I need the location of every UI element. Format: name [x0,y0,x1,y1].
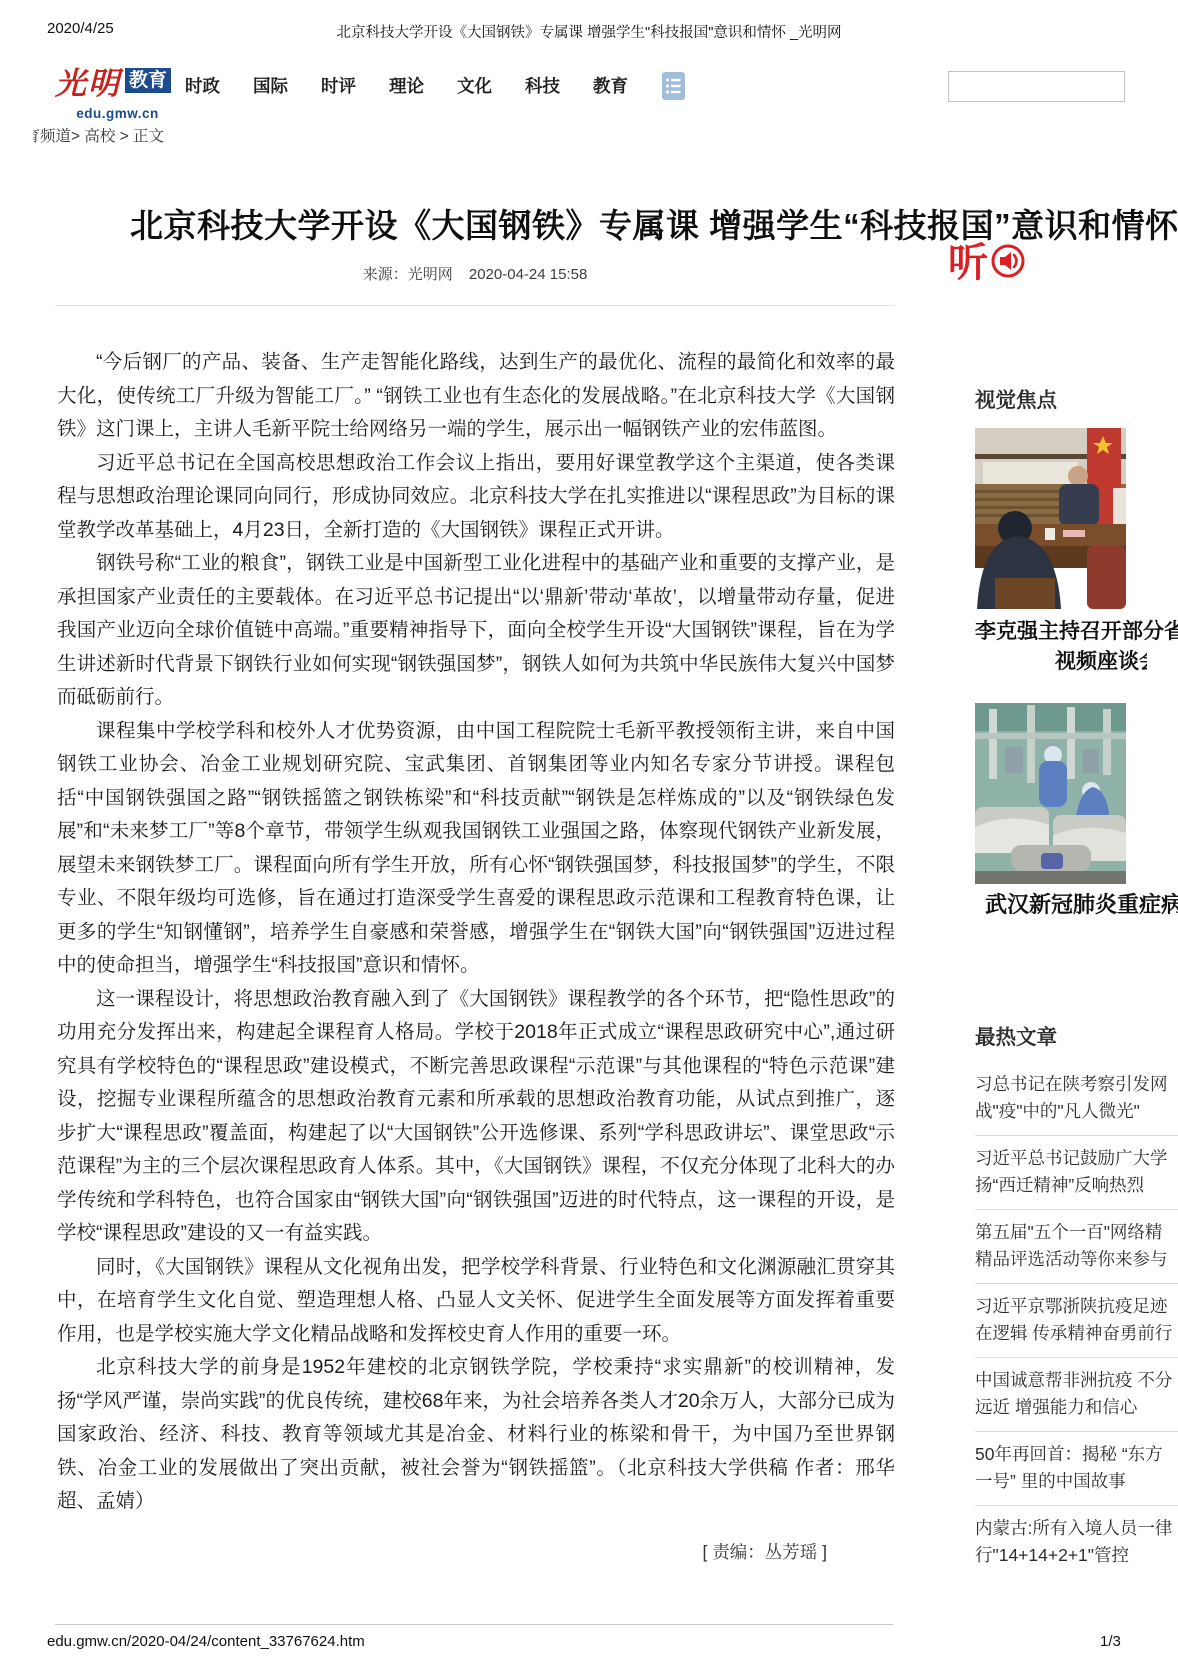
paragraph: 钢铁号称“工业的粮食”，钢铁工业是中国新型工业化进程中的基础产业和重要的支撑产业… [57,547,895,715]
caption-line: 视频座谈会 [1055,647,1178,677]
hot-article-line: 扬“西迁精神”反响热烈 [975,1172,1178,1199]
hot-article-line: 精品评选活动等你来参与 [975,1246,1178,1273]
speaker-icon [988,240,1028,285]
search-box [948,71,1125,102]
breadcrumb[interactable]: 教育频道> 高校 > 正文 [33,124,164,146]
hot-article-item[interactable]: 习近平京鄂浙陕抗疫足迹 在逻辑 传承精神奋勇前行 [975,1284,1178,1358]
nav-item-wenhua[interactable]: 文化 [457,73,492,98]
footer-divider [55,1624,893,1625]
main-nav: 时政 国际 时评 理论 文化 科技 教育 [185,73,628,98]
hot-article-line: 中国诚意帮非洲抗疫 不分 [975,1367,1178,1394]
hot-article-item[interactable]: 习总书记在陕考察引发网 战"疫"中的"凡人微光" [975,1062,1178,1136]
caption-line: 李克强主持召开部分省 [975,617,1178,647]
article-body: “今后钢厂的产品、装备、生产走智能化路线，达到生产的最优化、流程的最简化和效率的… [57,346,895,1519]
paragraph: 北京科技大学的前身是1952年建校的北京钢铁学院，学校秉持“求实鼎新”的校训精神… [57,1351,895,1519]
nav-item-shizheng[interactable]: 时政 [185,73,220,98]
search-input[interactable] [949,72,1124,101]
hot-article-line: 50年再回首：揭秘 “东方 [975,1441,1178,1468]
visual-focus-caption-2[interactable]: 武汉新冠肺炎重症病 [975,890,1178,922]
print-doc-title: 北京科技大学开设《大国钢铁》专属课 增强学生"科技报国"意识和情怀 _光明网 [0,21,1178,42]
editor-line: [ 责编：丛芳瑶 ] [55,1539,827,1564]
paragraph: 同时，《大国钢铁》课程从文化视角出发，把学校学科背景、行业特色和文化渊源融汇贯穿… [57,1251,895,1352]
logo-badge: 教育 [125,68,171,93]
nav-item-guoji[interactable]: 国际 [253,73,288,98]
hot-article-item[interactable]: 内蒙古:所有入境人员一律 行"14+14+2+1"管控 [975,1506,1178,1579]
visual-focus-photo-meeting[interactable] [975,428,1126,609]
hot-article-line: 第五届"五个一百"网络精 [975,1219,1178,1246]
hot-article-line: 内蒙古:所有入境人员一律 [975,1515,1178,1542]
visual-focus-photo-hospital[interactable] [975,703,1126,884]
hot-article-item[interactable]: 50年再回首：揭秘 “东方 一号” 里的中国故事 [975,1432,1178,1506]
nav-item-keji[interactable]: 科技 [525,73,560,98]
hot-article-item[interactable]: 第五届"五个一百"网络精 精品评选活动等你来参与 [975,1210,1178,1284]
caption-line: 武汉新冠肺炎重症病 [985,890,1178,920]
page: 2020/4/25 北京科技大学开设《大国钢铁》专属课 增强学生"科技报国"意识… [0,0,1178,1665]
visual-focus-caption-1[interactable]: 李克强主持召开部分省 视频座谈会 [975,617,1178,679]
hot-article-line: 在逻辑 传承精神奋勇前行 [975,1320,1178,1347]
footer-url: edu.gmw.cn/2020-04/24/content_33767624.h… [47,1633,365,1650]
hot-articles-list: 习总书记在陕考察引发网 战"疫"中的"凡人微光" 习近平总书记鼓励广大学 扬“西… [975,1062,1178,1579]
paragraph: “今后钢厂的产品、装备、生产走智能化路线，达到生产的最优化、流程的最简化和效率的… [57,346,895,447]
listen-button[interactable]: 听 [948,240,1028,285]
site-logo[interactable]: 光明 教育 edu.gmw.cn [55,58,180,121]
hot-article-line: 习近平京鄂浙陕抗疫足迹 [975,1293,1178,1320]
hot-article-line: 一号” 里的中国故事 [975,1468,1178,1495]
logo-brand-text: 光明 [55,58,121,103]
hot-article-line: 远近 增强能力和信心 [975,1394,1178,1421]
hot-articles-heading: 最热文章 [975,1020,1057,1050]
list-menu-icon[interactable] [662,72,685,105]
hot-article-item[interactable]: 习近平总书记鼓励广大学 扬“西迁精神”反响热烈 [975,1136,1178,1210]
paragraph: 习近平总书记在全国高校思想政治工作会议上指出，要用好课堂教学这个主渠道，使各类课… [57,447,895,548]
visual-focus-heading: 视觉焦点 [975,383,1057,413]
hot-article-line: 行"14+14+2+1"管控 [975,1542,1178,1569]
footer-page-indicator: 1/3 [1100,1633,1121,1650]
title-divider [55,305,895,306]
listen-label: 听 [948,243,988,283]
breadcrumb-clip: 教育频道> 高校 > 正文 [33,124,253,148]
hot-article-line: 习总书记在陕考察引发网 [975,1071,1178,1098]
paragraph: 这一课程设计，将思想政治教育融入到了《大国钢铁》课程教学的各个环节，把“隐性思政… [57,983,895,1251]
hot-article-line: 习近平总书记鼓励广大学 [975,1145,1178,1172]
hot-article-item[interactable]: 中国诚意帮非洲抗疫 不分 远近 增强能力和信心 [975,1358,1178,1432]
nav-item-jiaoyu[interactable]: 教育 [593,73,628,98]
article-datetime: 2020-04-24 15:58 [469,266,587,283]
article-source: 来源：光明网 [363,266,453,283]
logo-domain: edu.gmw.cn [55,106,180,121]
article-meta: 来源：光明网 2020-04-24 15:58 [55,263,895,284]
nav-item-lilun[interactable]: 理论 [389,73,424,98]
nav-item-shiping[interactable]: 时评 [321,73,356,98]
paragraph: 课程集中学校学科和校外人才优势资源，由中国工程院院士毛新平教授领衔主讲，来自中国… [57,715,895,983]
hot-article-line: 战"疫"中的"凡人微光" [975,1098,1178,1125]
